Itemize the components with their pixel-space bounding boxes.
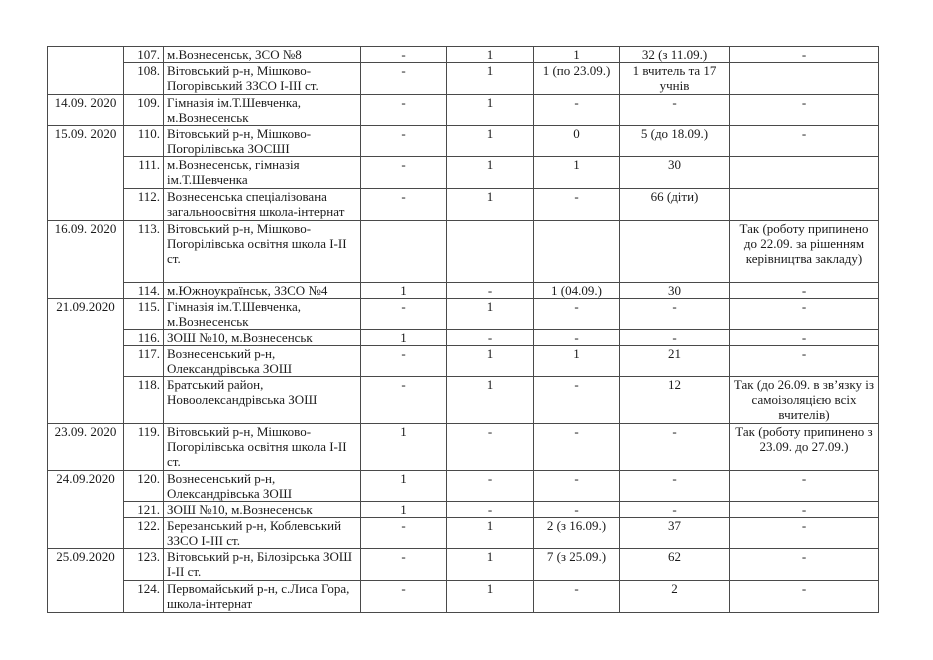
value-cell: 0 [534,126,620,157]
school-name: Вознесенський р-н, Олександрівська ЗОШ [164,346,361,377]
value-cell: - [534,330,620,346]
value-cell: - [361,299,447,330]
value-cell: - [534,502,620,518]
school-name: Вітовський р-н, Мішково-Погорілівська ЗО… [164,126,361,157]
value-cell: - [361,377,447,424]
school-name: Первомайський р-н, с.Лиса Гора, школа-ін… [164,581,361,613]
table-row: 116. ЗОШ №10, м.Вознесенськ 1 - - - - [48,330,879,346]
value-cell: - [361,346,447,377]
school-name: Вітовський р-н, Мішково-Погорілівська ос… [164,424,361,471]
date-cell: 24.09.2020 [48,471,124,549]
school-name: Гімназія ім.Т.Шевченка, м.Вознесенськ [164,299,361,330]
table-row: 121. ЗОШ №10, м.Вознесенськ 1 - - - - [48,502,879,518]
row-number: 112. [124,189,164,221]
value-cell: - [534,189,620,221]
value-cell: - [620,95,730,126]
row-number: 117. [124,346,164,377]
value-cell: - [534,424,620,471]
value-cell: 1 [361,424,447,471]
school-name: Вознесенська спеціалізована загальноосві… [164,189,361,221]
table-row: 107. м.Вознесенськ, ЗСО №8 - 1 1 32 (з 1… [48,47,879,63]
value-cell: - [447,283,534,299]
value-cell: - [447,330,534,346]
value-cell: 30 [620,157,730,189]
date-cell: 15.09. 2020 [48,126,124,221]
value-cell: 66 (діти) [620,189,730,221]
remarks-cell: - [730,471,879,502]
remarks-cell: Так (роботу припинено з 23.09. до 27.09.… [730,424,879,471]
value-cell: 1 [447,47,534,63]
row-number: 107. [124,47,164,63]
value-cell: 2 [620,581,730,613]
value-cell: 1 [447,581,534,613]
value-cell: - [361,518,447,549]
table-row: 111. м.Вознесенськ, гімназія ім.Т.Шевчен… [48,157,879,189]
value-cell [620,221,730,283]
date-cell: 25.09.2020 [48,549,124,613]
value-cell: - [620,299,730,330]
value-cell: 1 [447,95,534,126]
school-name: м.Вознесенськ, ЗСО №8 [164,47,361,63]
school-name: Братський район, Новоолександрівська ЗОШ [164,377,361,424]
school-name: м.Вознесенськ, гімназія ім.Т.Шевченка [164,157,361,189]
school-name: Вітовський р-н, Мішково-Погорілівська ос… [164,221,361,283]
value-cell: 12 [620,377,730,424]
value-cell: 1 [447,189,534,221]
value-cell: - [534,377,620,424]
value-cell: - [447,502,534,518]
date-cell: 23.09. 2020 [48,424,124,471]
remarks-cell: - [730,95,879,126]
date-cell: 21.09.2020 [48,299,124,424]
value-cell: 1 [447,299,534,330]
value-cell: - [534,299,620,330]
value-cell: - [620,502,730,518]
value-cell: - [534,471,620,502]
row-number: 115. [124,299,164,330]
remarks-cell: - [730,518,879,549]
value-cell: 7 (з 25.09.) [534,549,620,581]
value-cell: - [361,126,447,157]
table-row: 122. Березанський р-н, Коблевський ЗЗСО … [48,518,879,549]
table-row: 124. Первомайський р-н, с.Лиса Гора, шко… [48,581,879,613]
value-cell: - [361,47,447,63]
value-cell: - [534,95,620,126]
value-cell: 1 [447,63,534,95]
value-cell: 62 [620,549,730,581]
value-cell: - [361,157,447,189]
remarks-cell: Так (роботу припинено до 22.09. за рішен… [730,221,879,283]
school-name: Березанський р-н, Коблевський ЗЗСО І-ІІІ… [164,518,361,549]
value-cell: 1 [447,549,534,581]
school-name: ЗОШ №10, м.Вознесенськ [164,502,361,518]
row-number: 114. [124,283,164,299]
value-cell: 1 вчитель та 17 учнів [620,63,730,95]
value-cell: - [361,189,447,221]
value-cell: 1 [361,471,447,502]
value-cell: 1 [361,330,447,346]
row-number: 108. [124,63,164,95]
school-name: м.Южноукраїнськ, ЗЗСО №4 [164,283,361,299]
value-cell: 1 [447,346,534,377]
remarks-cell [730,63,879,95]
row-number: 119. [124,424,164,471]
value-cell [447,221,534,283]
row-number: 120. [124,471,164,502]
table-row: 23.09. 2020 119. Вітовський р-н, Мішково… [48,424,879,471]
row-number: 122. [124,518,164,549]
value-cell: - [361,95,447,126]
remarks-cell: - [730,126,879,157]
remarks-cell: - [730,502,879,518]
table-row: 118. Братський район, Новоолександрівськ… [48,377,879,424]
value-cell: 1 (04.09.) [534,283,620,299]
remarks-cell: - [730,346,879,377]
value-cell: 1 [361,502,447,518]
row-number: 110. [124,126,164,157]
school-name: Вітовський р-н, Мішково-Погорівський ЗЗС… [164,63,361,95]
table-row: 24.09.2020 120. Вознесенський р-н, Олекс… [48,471,879,502]
value-cell: 1 [447,157,534,189]
value-cell: 30 [620,283,730,299]
value-cell: - [361,581,447,613]
date-cell: 16.09. 2020 [48,221,124,299]
row-number: 123. [124,549,164,581]
table-row: 15.09. 2020 110. Вітовський р-н, Мішково… [48,126,879,157]
table-row: 25.09.2020 123. Вітовський р-н, Білозірс… [48,549,879,581]
date-cell: 14.09. 2020 [48,95,124,126]
table-row: 16.09. 2020 113. Вітовський р-н, Мішково… [48,221,879,283]
value-cell: - [620,330,730,346]
value-cell: 32 (з 11.09.) [620,47,730,63]
row-number: 109. [124,95,164,126]
value-cell: - [534,581,620,613]
value-cell: - [620,471,730,502]
value-cell: 2 (з 16.09.) [534,518,620,549]
value-cell: 1 [534,157,620,189]
remarks-cell: - [730,549,879,581]
value-cell: - [447,471,534,502]
remarks-cell: Так (до 26.09. в зв’язку із самоізоляціє… [730,377,879,424]
covid-school-registry-table: 107. м.Вознесенськ, ЗСО №8 - 1 1 32 (з 1… [47,46,879,613]
value-cell: 1 (по 23.09.) [534,63,620,95]
value-cell: 37 [620,518,730,549]
value-cell: - [620,424,730,471]
value-cell [534,221,620,283]
remarks-cell: - [730,581,879,613]
date-cell [48,47,124,95]
row-number: 124. [124,581,164,613]
remarks-cell [730,189,879,221]
school-name: Вітовський р-н, Білозірська ЗОШ І-ІІ ст. [164,549,361,581]
school-name: Вознесенський р-н, Олександрівська ЗОШ [164,471,361,502]
value-cell: 1 [534,346,620,377]
remarks-cell: - [730,299,879,330]
value-cell: 21 [620,346,730,377]
value-cell: 1 [534,47,620,63]
row-number: 121. [124,502,164,518]
value-cell: 5 (до 18.09.) [620,126,730,157]
value-cell: - [447,424,534,471]
value-cell: 1 [447,126,534,157]
row-number: 116. [124,330,164,346]
value-cell: - [361,549,447,581]
remarks-cell: - [730,283,879,299]
table-row: 114. м.Южноукраїнськ, ЗЗСО №4 1 - 1 (04.… [48,283,879,299]
table-row: 21.09.2020 115. Гімназія ім.Т.Шевченка, … [48,299,879,330]
value-cell: 1 [447,518,534,549]
remarks-cell [730,157,879,189]
school-name: Гімназія ім.Т.Шевченка, м.Вознесенськ [164,95,361,126]
remarks-cell: - [730,47,879,63]
table-row: 108. Вітовський р-н, Мішково-Погорівськи… [48,63,879,95]
school-name: ЗОШ №10, м.Вознесенськ [164,330,361,346]
table-row: 117. Вознесенський р-н, Олександрівська … [48,346,879,377]
value-cell: 1 [447,377,534,424]
document-page: 107. м.Вознесенськ, ЗСО №8 - 1 1 32 (з 1… [0,0,933,660]
table-row: 14.09. 2020 109. Гімназія ім.Т.Шевченка,… [48,95,879,126]
row-number: 118. [124,377,164,424]
table-row: 112. Вознесенська спеціалізована загальн… [48,189,879,221]
row-number: 111. [124,157,164,189]
value-cell: 1 [361,283,447,299]
row-number: 113. [124,221,164,283]
value-cell [361,221,447,283]
remarks-cell: - [730,330,879,346]
value-cell: - [361,63,447,95]
